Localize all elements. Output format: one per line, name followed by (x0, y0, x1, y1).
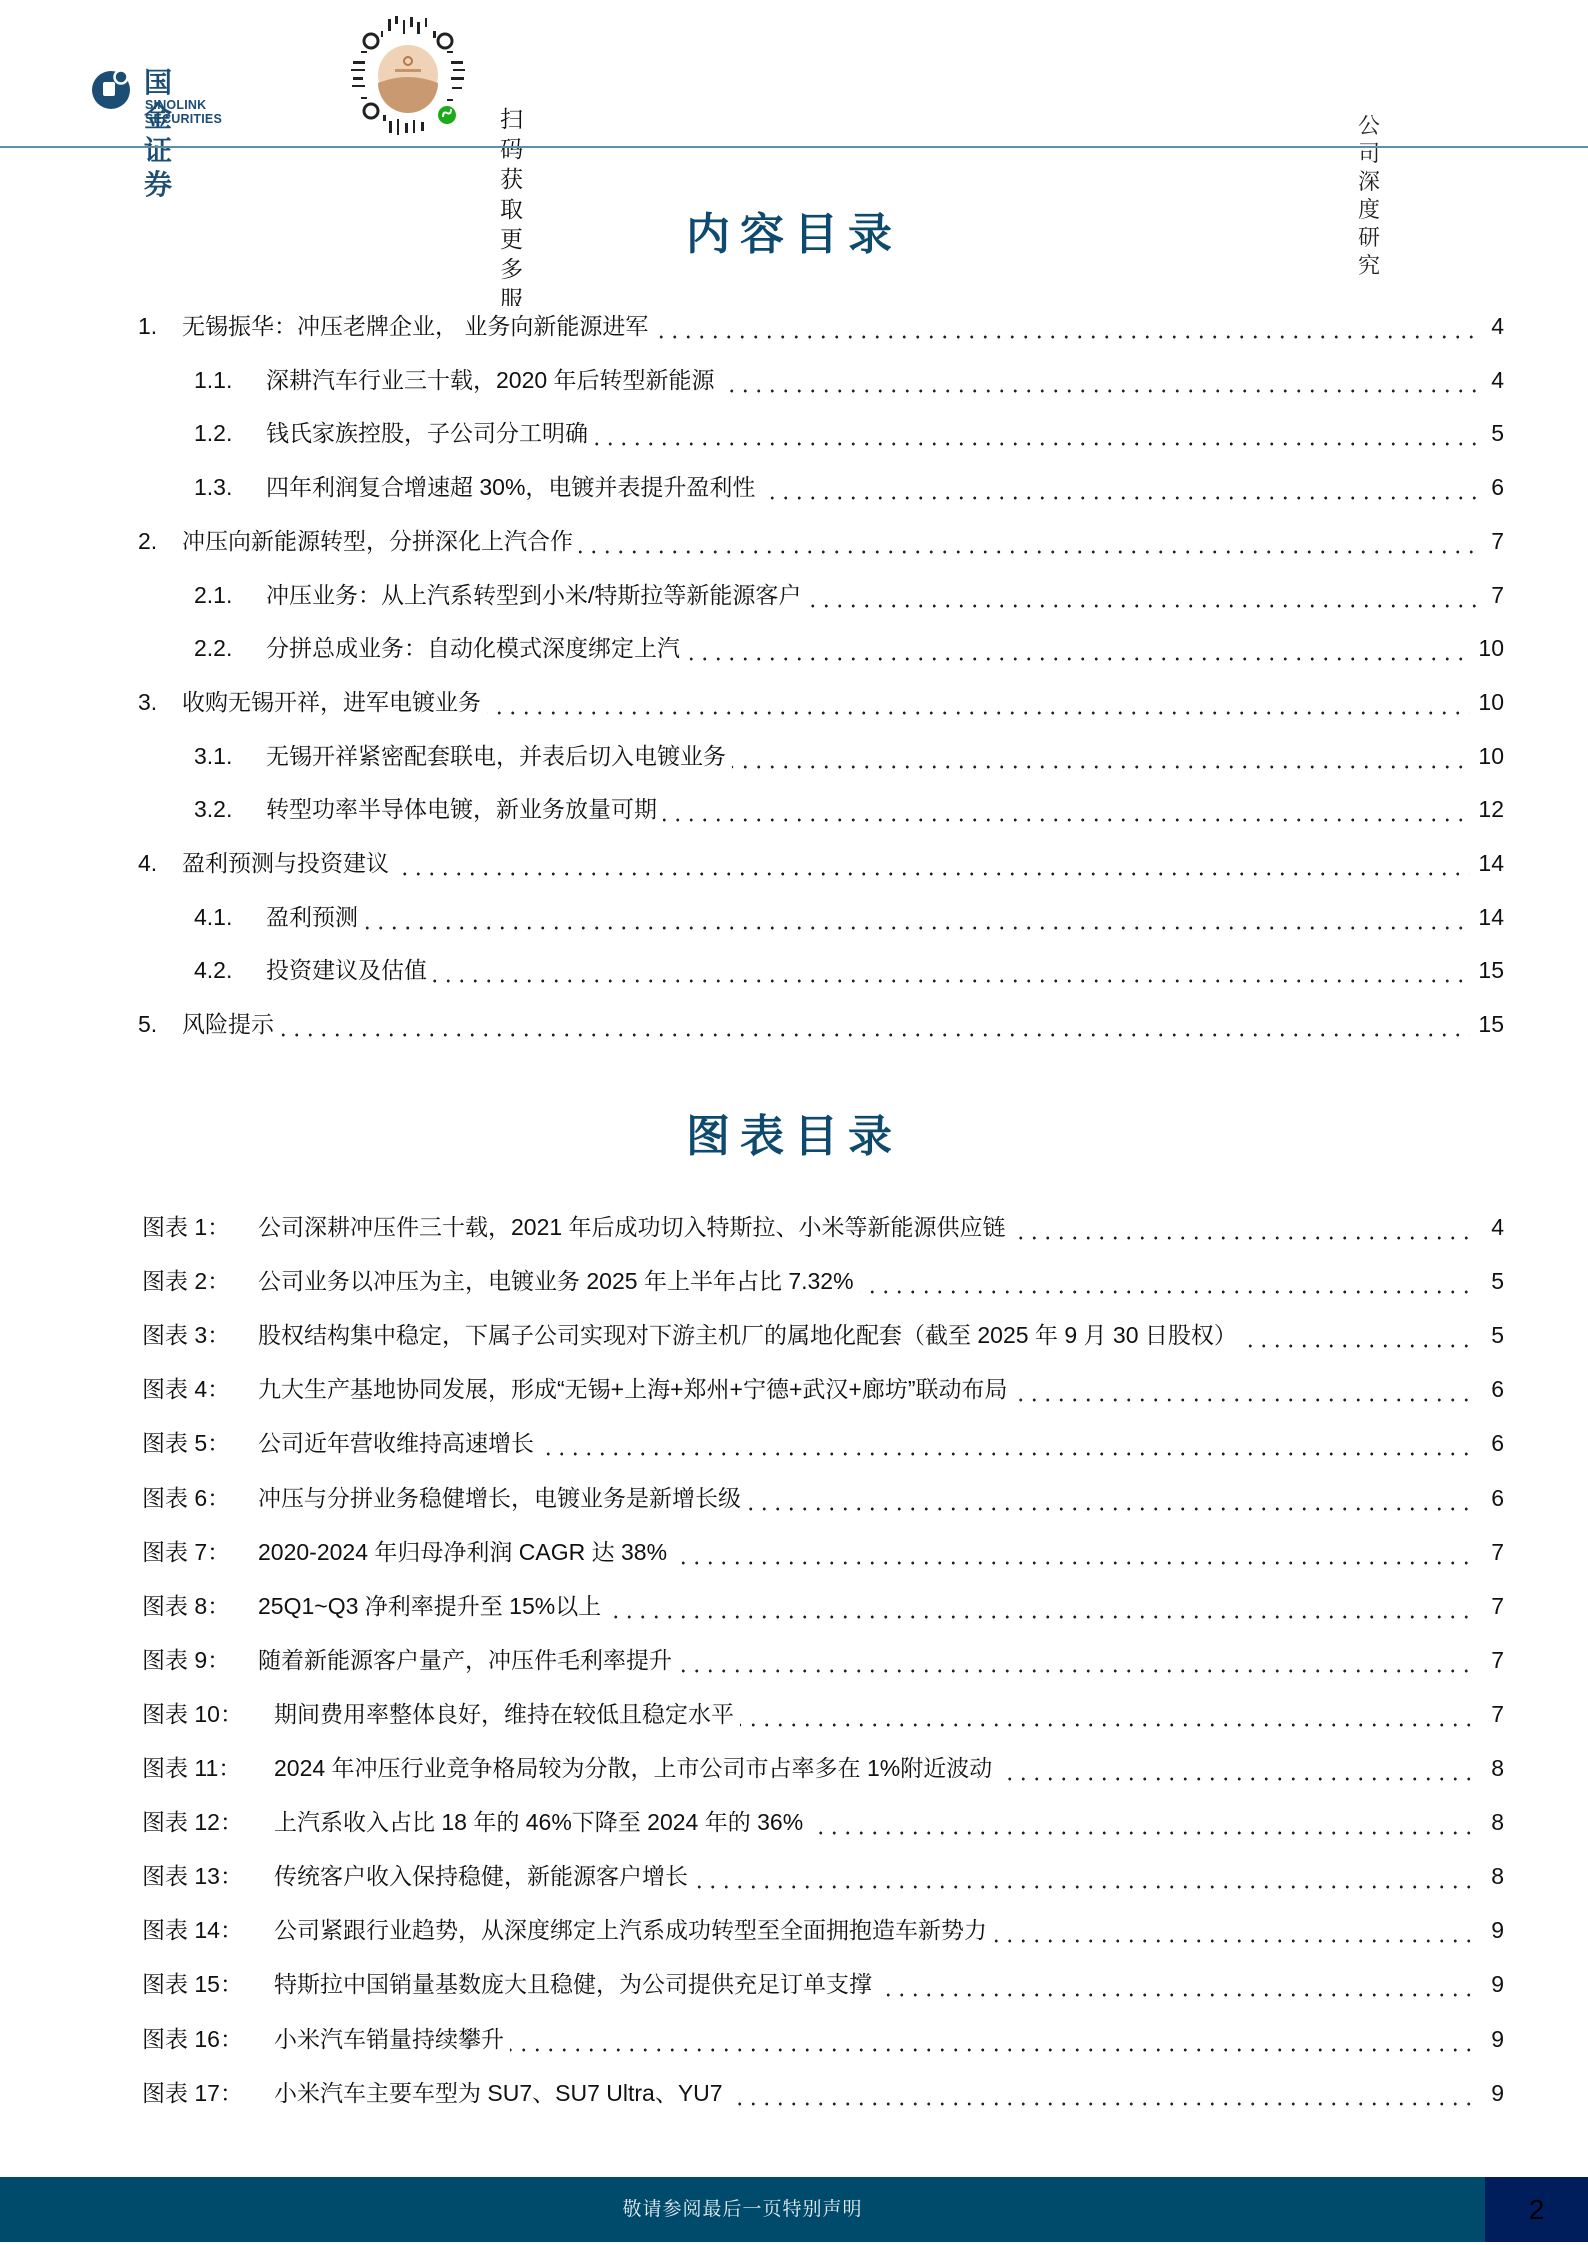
figure-entry-number: 图表 12： (142, 1802, 243, 1842)
toc-entry-title[interactable]: 投资建议及估值 (266, 950, 433, 990)
toc-entry[interactable]: 3.2.转型功率半导体电镀，新业务放量可期12 (0, 789, 1588, 829)
figure-entry-title[interactable]: 股权结构集中稳定，下属子公司实现对下游主机厂的属地化配套（截至 2025 年 9… (258, 1315, 1243, 1355)
toc-entry-dot-leader (266, 897, 1476, 937)
figure-entry-number: 图表 7： (142, 1532, 230, 1572)
toc-entry[interactable]: 2.冲压向新能源转型，分拼深化上汽合作7 (0, 521, 1588, 561)
figure-entry-number: 图表 3： (142, 1315, 230, 1355)
page-number: 2 (1485, 2177, 1588, 2242)
toc-entry-title[interactable]: 冲压业务：从上汽系转型到小米/特斯拉等新能源客户 (266, 575, 807, 615)
figure-entry-title[interactable]: 公司深耕冲压件三十载，2021 年后成功切入特斯拉、小米等新能源供应链 (258, 1207, 1012, 1247)
toc-entry[interactable]: 1.3.四年利润复合增速超 30%，电镀并表提升盈利性6 (0, 467, 1588, 507)
figure-entry-number: 图表 2： (142, 1261, 230, 1301)
toc-entry[interactable]: 1.1.深耕汽车行业三十载，2020 年后转型新能源4 (0, 360, 1588, 400)
figure-entry-title[interactable]: 公司紧跟行业趋势，从深度绑定上汽系成功转型至全面拥抱造车新势力 (274, 1910, 993, 1950)
figure-entry-number: 图表 17： (142, 2073, 243, 2113)
figure-entry-page-number[interactable]: 6 (1483, 1369, 1504, 1409)
toc-entry-title[interactable]: 收购无锡开祥，进军电镀业务 (182, 682, 487, 722)
figure-entry-title[interactable]: 上汽系收入占比 18 年的 46%下降至 2024 年的 36% (274, 1802, 809, 1842)
toc-entry-title[interactable]: 四年利润复合增速超 30%，电镀并表提升盈利性 (266, 467, 761, 507)
toc-entry-title[interactable]: 盈利预测与投资建议 (182, 843, 395, 883)
toc-entry-number: 5. (138, 1004, 157, 1044)
figure-entry-page-number[interactable]: 8 (1483, 1856, 1504, 1896)
toc-entry-number: 2.2. (194, 628, 232, 668)
figure-entry-title[interactable]: 公司业务以冲压为主，电镀业务 2025 年上半年占比 7.32% (258, 1261, 860, 1301)
figure-entry[interactable]: 图表 5：公司近年营收维持高速增长6 (0, 1423, 1588, 1463)
figure-entry-title[interactable]: 期间费用率整体良好，维持在较低且稳定水平 (274, 1694, 740, 1734)
figure-entry-page-number[interactable]: 7 (1483, 1694, 1504, 1734)
toc-entry-dot-leader (182, 1004, 1476, 1044)
toc-entry-page-number[interactable]: 10 (1470, 682, 1504, 722)
figure-entry-number: 图表 14： (142, 1910, 243, 1950)
figure-entry[interactable]: 图表 16：小米汽车销量持续攀升9 (0, 2019, 1588, 2059)
figure-entry-page-number[interactable]: 5 (1483, 1315, 1504, 1355)
figure-entry-page-number[interactable]: 9 (1483, 1910, 1504, 1950)
toc-entry-number: 2. (138, 521, 157, 561)
toc-entry[interactable]: 3.1.无锡开祥紧密配套联电，并表后切入电镀业务10 (0, 736, 1588, 776)
toc-entry-number: 1.1. (194, 360, 232, 400)
figure-entry-title[interactable]: 特斯拉中国销量基数庞大且稳健，为公司提供充足订单支撑 (274, 1964, 878, 2004)
toc-entry-title[interactable]: 无锡振华：冲压老牌企业， 业务向新能源进军 (182, 306, 654, 346)
figure-entry[interactable]: 图表 10：期间费用率整体良好，维持在较低且稳定水平7 (0, 1694, 1588, 1734)
qr-code-icon[interactable] (343, 11, 473, 141)
figure-entry-title[interactable]: 小米汽车销量持续攀升 (274, 2019, 510, 2059)
figure-entry-number: 图表 8： (142, 1586, 230, 1626)
figure-entry-number: 图表 15： (142, 1964, 243, 2004)
toc-entry-dot-leader (266, 950, 1476, 990)
figure-entry-title[interactable]: 小米汽车主要车型为 SU7、SU7 Ultra、YU7 (274, 2073, 729, 2113)
toc-entry-title[interactable]: 冲压向新能源转型，分拼深化上汽合作 (182, 521, 579, 561)
figure-entry[interactable]: 图表 4：九大生产基地协同发展，形成“无锡+上海+郑州+宁德+武汉+廊坊”联动布… (0, 1369, 1588, 1409)
figure-entry-number: 图表 1： (142, 1207, 230, 1247)
toc-entry-page-number[interactable]: 14 (1470, 843, 1504, 883)
logo-chinese-name: 国金证券 (144, 66, 174, 202)
figure-entry-page-number[interactable]: 6 (1483, 1478, 1504, 1518)
toc-entry[interactable]: 3.收购无锡开祥，进军电镀业务10 (0, 682, 1588, 722)
toc-entry-title[interactable]: 无锡开祥紧密配套联电，并表后切入电镀业务 (266, 736, 732, 776)
toc-entry-number: 1.3. (194, 467, 232, 507)
figure-entry[interactable]: 图表 8：25Q1~Q3 净利率提升至 15%以上7 (0, 1586, 1588, 1626)
figure-entry[interactable]: 图表 13：传统客户收入保持稳健，新能源客户增长8 (0, 1856, 1588, 1896)
figure-entry-title[interactable]: 公司近年营收维持高速增长 (258, 1423, 540, 1463)
figure-entry-number: 图表 6： (142, 1478, 230, 1518)
toc-entry-title[interactable]: 盈利预测 (266, 897, 364, 937)
toc-entry-page-number[interactable]: 15 (1470, 950, 1504, 990)
toc-entry-number: 1.2. (194, 413, 232, 453)
figure-entry-page-number[interactable]: 9 (1483, 1964, 1504, 2004)
figure-entry-number: 图表 4： (142, 1369, 230, 1409)
toc-entry-number: 4.2. (194, 950, 232, 990)
toc-entry-page-number[interactable]: 14 (1470, 897, 1504, 937)
toc-entry-number: 1. (138, 306, 157, 346)
toc-entry-page-number[interactable]: 15 (1470, 1004, 1504, 1044)
toc-entry-page-number[interactable]: 5 (1483, 413, 1504, 453)
toc-entry-title[interactable]: 转型功率半导体电镀，新业务放量可期 (266, 789, 663, 829)
sinolink-logo-icon (90, 68, 132, 110)
toc-entry[interactable]: 1.无锡振华：冲压老牌企业， 业务向新能源进军4 (0, 306, 1588, 346)
figure-list-title: 图表目录 (0, 1112, 1588, 1162)
figure-entry-page-number[interactable]: 8 (1483, 1802, 1504, 1842)
figure-entry-title[interactable]: 传统客户收入保持稳健，新能源客户增长 (274, 1856, 694, 1896)
header-divider (0, 146, 1588, 148)
figure-entry-page-number[interactable]: 8 (1483, 1748, 1504, 1788)
figure-entry[interactable]: 图表 12：上汽系收入占比 18 年的 46%下降至 2024 年的 36%8 (0, 1802, 1588, 1842)
toc-entry-page-number[interactable]: 4 (1483, 306, 1504, 346)
figure-entry[interactable]: 图表 3：股权结构集中稳定，下属子公司实现对下游主机厂的属地化配套（截至 202… (0, 1315, 1588, 1355)
figure-entry[interactable]: 图表 14：公司紧跟行业趋势，从深度绑定上汽系成功转型至全面拥抱造车新势力9 (0, 1910, 1588, 1950)
toc-entry-number: 3. (138, 682, 157, 722)
figure-entry[interactable]: 图表 9：随着新能源客户量产，冲压件毛利率提升7 (0, 1640, 1588, 1680)
toc-entry-page-number[interactable]: 7 (1483, 521, 1504, 561)
figure-entry-page-number[interactable]: 9 (1483, 2019, 1504, 2059)
toc-entry-page-number[interactable]: 6 (1483, 467, 1504, 507)
figure-entry-number: 图表 9： (142, 1640, 230, 1680)
figure-entry-page-number[interactable]: 6 (1483, 1423, 1504, 1463)
toc-entry-title[interactable]: 深耕汽车行业三十载，2020 年后转型新能源 (266, 360, 721, 400)
toc-entry-number: 3.2. (194, 789, 232, 829)
figure-entry-page-number[interactable]: 7 (1483, 1586, 1504, 1626)
toc-entry-page-number[interactable]: 10 (1470, 736, 1504, 776)
figure-entry[interactable]: 图表 6：冲压与分拼业务稳健增长，电镀业务是新增长级6 (0, 1478, 1588, 1518)
figure-entry-title[interactable]: 25Q1~Q3 净利率提升至 15%以上 (258, 1586, 607, 1626)
figure-entry-title[interactable]: 九大生产基地协同发展，形成“无锡+上海+郑州+宁德+武汉+廊坊”联动布局 (258, 1369, 1013, 1409)
figure-entry-title[interactable]: 冲压与分拼业务稳健增长，电镀业务是新增长级 (258, 1478, 747, 1518)
figure-entry-title[interactable]: 2024 年冲压行业竞争格局较为分散，上市公司市占率多在 1%附近波动 (274, 1748, 998, 1788)
toc-entry-page-number[interactable]: 10 (1470, 628, 1504, 668)
figure-entry[interactable]: 图表 2：公司业务以冲压为主，电镀业务 2025 年上半年占比 7.32%5 (0, 1261, 1588, 1301)
toc-title: 内容目录 (0, 210, 1588, 260)
figure-entry[interactable]: 图表 17：小米汽车主要车型为 SU7、SU7 Ultra、YU79 (0, 2073, 1588, 2113)
figure-entry[interactable]: 图表 7：2020-2024 年归母净利润 CAGR 达 38%7 (0, 1532, 1588, 1572)
toc-entry[interactable]: 2.2.分拼总成业务：自动化模式深度绑定上汽10 (0, 628, 1588, 668)
toc-entry-number: 3.1. (194, 736, 232, 776)
toc-entry-page-number[interactable]: 7 (1483, 575, 1504, 615)
toc-entry[interactable]: 4.盈利预测与投资建议14 (0, 843, 1588, 883)
figure-entry-page-number[interactable]: 7 (1483, 1532, 1504, 1572)
toc-entry[interactable]: 1.2.钱氏家族控股，子公司分工明确5 (0, 413, 1588, 453)
figure-entry[interactable]: 图表 11：2024 年冲压行业竞争格局较为分散，上市公司市占率多在 1%附近波… (0, 1748, 1588, 1788)
toc-entry-number: 4.1. (194, 897, 232, 937)
figure-entry-number: 图表 16： (142, 2019, 243, 2059)
figure-entry-page-number[interactable]: 9 (1483, 2073, 1504, 2113)
toc-entry[interactable]: 4.1.盈利预测14 (0, 897, 1588, 937)
toc-entry-page-number[interactable]: 4 (1483, 360, 1504, 400)
toc-entry-number: 4. (138, 843, 157, 883)
figure-entry-number: 图表 5： (142, 1423, 230, 1463)
figure-entry-number: 图表 10： (142, 1694, 243, 1734)
figure-entry-number: 图表 11： (142, 1748, 241, 1788)
toc-entry-number: 2.1. (194, 575, 232, 615)
toc-entry[interactable]: 4.2.投资建议及估值15 (0, 950, 1588, 990)
toc-entry[interactable]: 2.1.冲压业务：从上汽系转型到小米/特斯拉等新能源客户7 (0, 575, 1588, 615)
toc-entry-title[interactable]: 分拼总成业务：自动化模式深度绑定上汽 (266, 628, 686, 668)
footer-disclaimer-notice: 敬请参阅最后一页特别声明 (0, 2177, 1485, 2242)
figure-entry-page-number[interactable]: 7 (1483, 1640, 1504, 1680)
toc-entry-page-number[interactable]: 12 (1470, 789, 1504, 829)
logo-english-name: SINOLINK SECURITIES (145, 98, 222, 126)
figure-entry[interactable]: 图表 1：公司深耕冲压件三十载，2021 年后成功切入特斯拉、小米等新能源供应链… (0, 1207, 1588, 1247)
figure-entry-page-number[interactable]: 4 (1483, 1207, 1504, 1247)
toc-entry-title[interactable]: 钱氏家族控股，子公司分工明确 (266, 413, 594, 453)
toc-entry[interactable]: 5.风险提示15 (0, 1004, 1588, 1044)
figure-entry[interactable]: 图表 15：特斯拉中国销量基数庞大且稳健，为公司提供充足订单支撑9 (0, 1964, 1588, 2004)
toc-entry-title[interactable]: 风险提示 (182, 1004, 280, 1044)
figure-entry-number: 图表 13： (142, 1856, 243, 1896)
figure-entry-title[interactable]: 2020-2024 年归母净利润 CAGR 达 38% (258, 1532, 673, 1572)
figure-entry-page-number[interactable]: 5 (1483, 1261, 1504, 1301)
figure-entry-title[interactable]: 随着新能源客户量产，冲压件毛利率提升 (258, 1640, 678, 1680)
